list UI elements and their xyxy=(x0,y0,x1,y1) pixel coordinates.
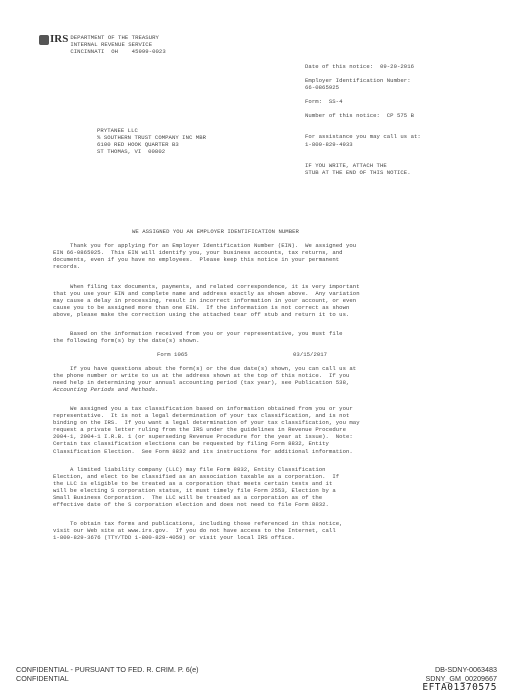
text-line: will be electing S corporation status, i… xyxy=(53,487,483,494)
text-line: representative. It is not a legal determ… xyxy=(53,412,483,419)
required-form: Form 1065 xyxy=(157,351,188,358)
text-line: A limited liability company (LLC) may fi… xyxy=(53,466,483,473)
text-line: If you have questions about the form(s) … xyxy=(53,365,483,372)
agency-line: CINCINNATI OH 45999-0023 xyxy=(70,48,165,55)
paragraph-filing-instructions: When filing tax documents, payments, and… xyxy=(53,283,483,318)
publication-title: Accounting Periods and Methods. xyxy=(53,386,483,393)
text-line: request a private letter ruling from the… xyxy=(53,426,483,433)
ein-value: 66-0865925 xyxy=(305,84,495,91)
paragraph-ein-assigned: Thank you for applying for an Employer I… xyxy=(53,242,483,270)
text-line: need help in determining your annual acc… xyxy=(53,379,483,386)
paragraph-questions: If you have questions about the form(s) … xyxy=(53,365,483,393)
efta-number: EFTA01370575 xyxy=(422,683,497,692)
text-line: To obtain tax forms and publications, in… xyxy=(53,520,483,527)
irs-logo-text: IRS xyxy=(50,34,68,45)
paragraph-forms-publications: To obtain tax forms and publications, in… xyxy=(53,520,483,541)
text-line: Thank you for applying for an Employer I… xyxy=(53,242,483,249)
text-line: Election, and elect to be classified as … xyxy=(53,473,483,480)
agency-line: DEPARTMENT OF THE TREASURY xyxy=(70,34,165,41)
confidentiality-footer: CONFIDENTIAL - PURSUANT TO FED. R. CRIM.… xyxy=(16,665,199,683)
text-line: the following form(s) by the date(s) sho… xyxy=(53,337,483,344)
text-line: Certain tax classification elections can… xyxy=(53,440,483,447)
addressee-line: ST THOMAS, VI 00802 xyxy=(97,148,206,155)
bates-numbers: DB-SDNY-0063483 SDNY_GM_00209667 EFTA013… xyxy=(422,665,497,692)
addressee-block: PRYTANEE LLC % SOUTHERN TRUST COMPANY IN… xyxy=(97,127,206,155)
notice-date: Date of this notice: 09-20-2016 xyxy=(305,63,495,70)
irs-eagle-icon xyxy=(39,35,49,45)
text-line: Classification Election. See Form 8832 a… xyxy=(53,448,483,455)
write-instruction: STUB AT THE END OF THIS NOTICE. xyxy=(305,169,495,176)
text-line: 1-800-829-3676 (TTY/TDD 1-800-829-4059) … xyxy=(53,534,483,541)
text-line: cause you to be assigned more than one E… xyxy=(53,304,483,311)
addressee-line: PRYTANEE LLC xyxy=(97,127,206,134)
paragraph-llc-election: A limited liability company (LLC) may fi… xyxy=(53,466,483,509)
text-line: When filing tax documents, payments, and… xyxy=(53,283,483,290)
agency-line: INTERNAL REVENUE SERVICE xyxy=(70,41,165,48)
text-line: visit our Web site at www.irs.gov. If yo… xyxy=(53,527,483,534)
notice-info: Date of this notice: 09-20-2016 Employer… xyxy=(305,63,495,176)
text-line: the LLC is eligible to be treated as a c… xyxy=(53,480,483,487)
addressee-line: % SOUTHERN TRUST COMPANY INC MBR xyxy=(97,134,206,141)
text-line: We assigned you a tax classification bas… xyxy=(53,405,483,412)
paragraph-tax-classification: We assigned you a tax classification bas… xyxy=(53,405,483,455)
confidential-legend: CONFIDENTIAL - PURSUANT TO FED. R. CRIM.… xyxy=(16,665,199,674)
agency-address: DEPARTMENT OF THE TREASURY INTERNAL REVE… xyxy=(70,34,165,55)
text-line: 2004-1, 2004-1 I.R.B. 1 (or superseding … xyxy=(53,433,483,440)
text-line: documents, even if you have no employees… xyxy=(53,256,483,263)
text-line: above, please make the correction using … xyxy=(53,311,483,318)
paragraph-required-forms: Based on the information received from y… xyxy=(53,330,483,344)
notice-title: WE ASSIGNED YOU AN EMPLOYER IDENTIFICATI… xyxy=(132,228,299,235)
text-line: records. xyxy=(53,263,483,270)
text-line: Small Business Corporation. The LLC will… xyxy=(53,494,483,501)
write-instruction: IF YOU WRITE, ATTACH THE xyxy=(305,162,495,169)
assistance-label: For assistance you may call us at: xyxy=(305,133,495,140)
irs-letterhead: IRS DEPARTMENT OF THE TREASURY INTERNAL … xyxy=(39,34,166,55)
text-line: the phone number or write to us at the a… xyxy=(53,372,483,379)
text-line: EIN 66-0865925. This EIN will identify y… xyxy=(53,249,483,256)
bates-number: DB-SDNY-0063483 xyxy=(422,665,497,674)
assistance-phone: 1-800-829-4933 xyxy=(305,141,495,148)
text-line: effective date of the S corporation elec… xyxy=(53,501,483,508)
text-line: that you use your EIN and complete name … xyxy=(53,290,483,297)
addressee-line: 6100 RED HOOK QUARTER B3 xyxy=(97,141,206,148)
required-form-due-date: 03/15/2017 xyxy=(293,351,327,358)
text-line: may cause a delay in processing, result … xyxy=(53,297,483,304)
form-type: Form: SS-4 xyxy=(305,98,495,105)
ein-label: Employer Identification Number: xyxy=(305,77,495,84)
notice-number: Number of this notice: CP 575 B xyxy=(305,112,495,119)
text-line: Based on the information received from y… xyxy=(53,330,483,337)
text-line: binding on the IRS. If you want a legal … xyxy=(53,419,483,426)
confidential-label: CONFIDENTIAL xyxy=(16,674,199,683)
